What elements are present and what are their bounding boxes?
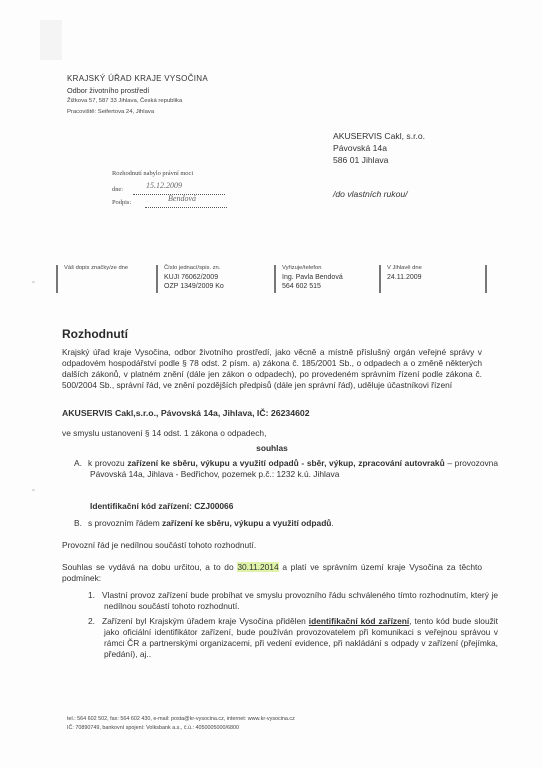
condition-1-number: 1. xyxy=(88,590,102,601)
ref-handler-label: Vyřizuje/telefon xyxy=(282,265,374,271)
item-a-pre: k provozu xyxy=(88,458,127,468)
letterhead-org: KRAJSKÝ ÚŘAD KRAJE VYSOČINA xyxy=(67,74,208,83)
ref-date-label: V Jihlavě dne xyxy=(387,265,487,271)
ref-date-value: 24.11.2009 xyxy=(387,273,487,282)
decision-title: Rozhodnutí xyxy=(62,327,128,341)
item-b-bold: zařízení ke sběru, výkupu a využití odpa… xyxy=(162,518,331,528)
condition-2-underlined: identifikační kód zařízení xyxy=(309,616,409,626)
condition-2: 2.Zařízení byl Krajským úřadem kraje Vys… xyxy=(88,616,498,660)
stamp-title: Rozhodnutí nabylo právní moci xyxy=(112,170,193,177)
ref-handler-phone: 564 602 515 xyxy=(282,282,374,291)
footer-bank: IČ: 70890749, bankovní spojení: Volksban… xyxy=(67,725,239,731)
item-b-pre: s provozním řádem xyxy=(88,518,162,528)
ref-handler: Vyřizuje/telefon Ing. Pavla Bendová 564 … xyxy=(274,265,374,293)
punch-mark-icon: ⌄ xyxy=(30,276,37,285)
scan-artifact xyxy=(40,20,62,60)
item-a-bold: zařízení ke sběru, výkupu a využití odpa… xyxy=(127,458,444,468)
ref-file-number-1: KUJI 76062/2009 xyxy=(164,273,274,282)
decision-basis: ve smyslu ustanovení § 14 odst. 1 zákona… xyxy=(62,428,482,439)
ref-file-number-label: Číslo jednací/spis. zn. xyxy=(164,265,274,271)
stamp-date-label: dne: xyxy=(112,186,123,193)
letterhead-address: Žižkova 57, 587 33 Jihlava, Česká republ… xyxy=(67,98,182,104)
recipient-street: Pávovská 14a xyxy=(333,143,387,153)
ref-date: V Jihlavě dne 24.11.2009 xyxy=(379,265,487,293)
item-a-label: A. xyxy=(74,458,88,469)
ref-your-letter: Váš dopis značky/ze dne xyxy=(56,265,156,293)
condition-1-text: Vlastní provoz zařízení bude probíhat ve… xyxy=(102,590,498,611)
validity-pre: Souhlas se vydává na dobu určitou, a to … xyxy=(62,562,237,572)
validity-date-highlight: 30.11.2014 xyxy=(237,562,278,572)
validity-statement: Souhlas se vydává na dobu určitou, a to … xyxy=(62,562,482,584)
ref-end-divider xyxy=(485,265,487,293)
facility-id-code: Identifikační kód zařízení: CZJ00066 xyxy=(74,501,498,512)
punch-mark-icon: ⌄ xyxy=(30,484,37,493)
decision-party: AKUSERVIS Cakl,s.r.o., Pávovská 14a, Jih… xyxy=(62,408,482,419)
letterhead-department: Odbor životního prostředí xyxy=(67,86,149,95)
stamp-date-handwritten: 15.12.2009 xyxy=(146,181,182,190)
ref-handler-name: Ing. Pavla Bendová xyxy=(282,273,374,282)
ref-your-letter-label: Váš dopis značky/ze dne xyxy=(64,265,156,271)
footer-contact: tel.: 564 602 502, fax: 564 602 430, e-m… xyxy=(67,716,295,722)
ref-file-number: Číslo jednací/spis. zn. KUJI 76062/2009 … xyxy=(156,265,274,293)
item-b-post: . xyxy=(331,518,333,528)
condition-2-number: 2. xyxy=(88,616,102,627)
consent-item-a: A.k provozu zařízení ke sběru, výkupu a … xyxy=(74,458,498,480)
consent-item-b: B.s provozním řádem zařízení ke sběru, v… xyxy=(74,518,498,529)
stamp-signature-label: Podpis: xyxy=(112,199,131,206)
stamp-signature-handwritten: Bendová xyxy=(168,194,196,203)
ref-file-number-2: OZP 1349/2009 Ko xyxy=(164,282,274,291)
decision-verdict: souhlas xyxy=(62,443,482,454)
operating-rules-note: Provozní řád je nedílnou součástí tohoto… xyxy=(62,540,482,551)
condition-1: 1.Vlastní provoz zařízení bude probíhat … xyxy=(88,590,498,612)
recipient-name: AKUSERVIS Cakl, s.r.o. xyxy=(333,131,425,141)
decision-intro: Krajský úřad kraje Vysočina, odbor život… xyxy=(62,347,482,391)
condition-2-pre: Zařízení byl Krajským úřadem kraje Vysoč… xyxy=(102,616,309,626)
item-b-label: B. xyxy=(74,518,88,529)
letterhead-workplace: Pracoviště: Seifertova 24, Jihlava xyxy=(67,109,154,115)
recipient-delivery-note: /do vlastních rukou/ xyxy=(333,189,408,199)
recipient-city: 586 01 Jihlava xyxy=(333,155,388,165)
